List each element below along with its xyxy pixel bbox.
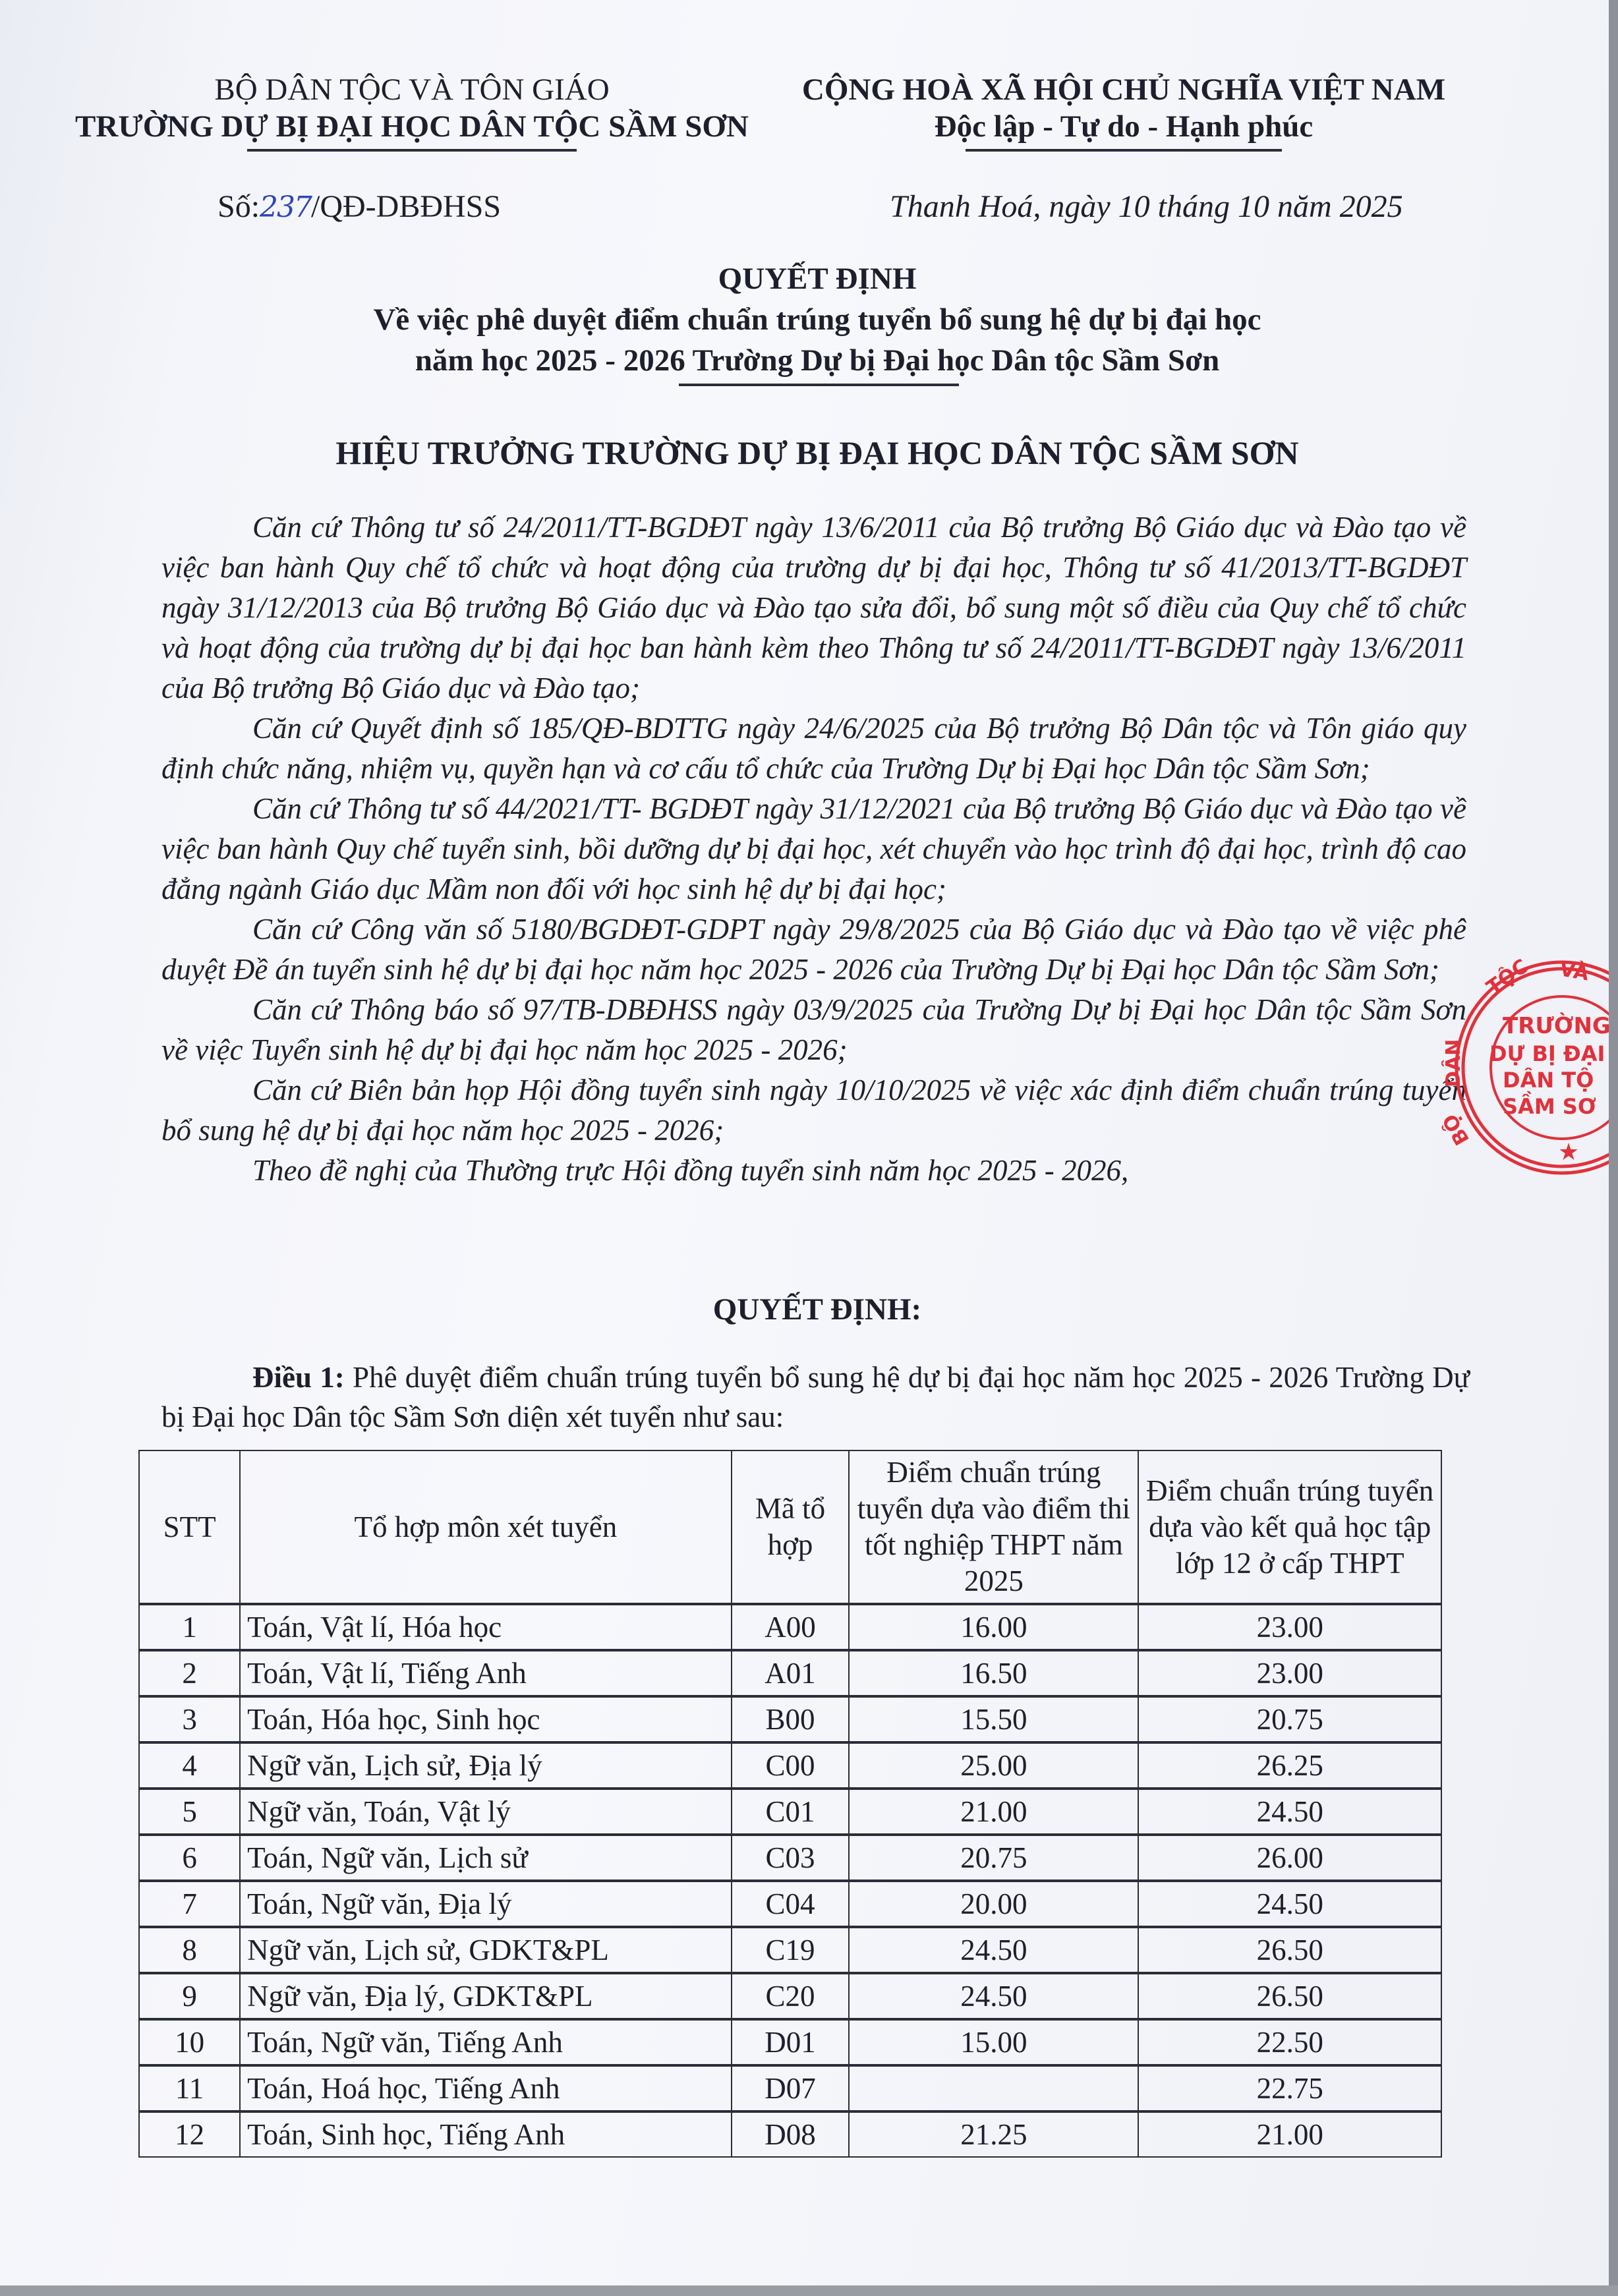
row-stt: 5 (139, 1789, 240, 1835)
row-code: C20 (732, 1973, 850, 2019)
row-subjects: Ngữ văn, Địa lý, GDKT&PL (240, 1973, 731, 2019)
row-thpt-score: 20.75 (849, 1835, 1138, 1881)
svg-text:SẦM SƠ: SẦM SƠ (1503, 1091, 1596, 1119)
table-header-row: STT Tổ hợp môn xét tuyển Mã tổ hợp Điểm … (139, 1450, 1441, 1604)
row-transcript-score: 23.00 (1138, 1604, 1441, 1650)
document-page: BỘ DÂN TỘC VÀ TÔN GIÁO TRƯỜNG DỰ BỊ ĐẠI … (0, 0, 1618, 2296)
subject-underline (679, 384, 959, 386)
row-code: C04 (732, 1881, 850, 1927)
row-subjects: Toán, Vật lí, Tiếng Anh (240, 1650, 731, 1696)
row-stt: 3 (139, 1696, 240, 1742)
svg-text:VÀ: VÀ (1558, 957, 1592, 985)
row-code: D01 (732, 2019, 850, 2065)
star-icon: ★ (1558, 1139, 1579, 1166)
row-subjects: Ngữ văn, Lịch sử, GDKT&PL (240, 1927, 731, 1973)
row-subjects: Toán, Ngữ văn, Địa lý (240, 1881, 731, 1927)
legal-basis: Theo đề nghị của Thường trực Hội đồng tu… (161, 1151, 1466, 1191)
row-stt: 10 (139, 2019, 240, 2065)
legal-basis: Căn cứ Quyết định số 185/QĐ-BDTTG ngày 2… (161, 708, 1466, 789)
legal-basis: Căn cứ Công văn số 5180/BGDĐT-GDPT ngày … (161, 909, 1466, 990)
table-row: 12Toán, Sinh học, Tiếng AnhD0821.2521.00 (139, 2111, 1441, 2157)
table-row: 9Ngữ văn, Địa lý, GDKT&PLC2024.5026.50 (139, 1973, 1441, 2019)
row-code: A01 (732, 1650, 850, 1696)
row-thpt-score: 24.50 (849, 1927, 1138, 1973)
admission-scores-table: STT Tổ hợp môn xét tuyển Mã tổ hợp Điểm … (138, 1450, 1442, 2158)
national-motto: Độc lập - Tự do - Hạnh phúc (768, 108, 1480, 145)
row-stt: 12 (139, 2111, 240, 2157)
row-thpt-score: 21.00 (849, 1789, 1138, 1835)
row-subjects: Toán, Sinh học, Tiếng Anh (240, 2111, 731, 2157)
decision-heading: QUYẾT ĐỊNH: (165, 1292, 1470, 1327)
place-date: Thanh Hoá, ngày 10 tháng 10 năm 2025 (890, 188, 1403, 225)
legal-basis: Căn cứ Biên bản họp Hội đồng tuyển sinh … (161, 1070, 1466, 1151)
issuer-block: BỘ DÂN TỘC VÀ TÔN GIÁO TRƯỜNG DỰ BỊ ĐẠI … (72, 71, 751, 152)
handwritten-number: 237 (260, 190, 311, 224)
row-subjects: Ngữ văn, Toán, Vật lý (240, 1789, 731, 1835)
row-stt: 9 (139, 1973, 240, 2019)
row-subjects: Toán, Ngữ văn, Lịch sử (240, 1835, 731, 1881)
row-thpt-score: 16.00 (849, 1604, 1138, 1650)
table-row: 11Toán, Hoá học, Tiếng AnhD0722.75 (139, 2065, 1441, 2111)
row-thpt-score: 15.00 (849, 2019, 1138, 2065)
motto-underline (966, 149, 1282, 152)
row-thpt-score: 21.25 (849, 2111, 1138, 2157)
row-code: D07 (732, 2065, 850, 2111)
issuer-underline (247, 149, 577, 152)
row-subjects: Toán, Vật lí, Hóa học (240, 1604, 731, 1650)
row-thpt-score: 15.50 (849, 1696, 1138, 1742)
table-row: 7Toán, Ngữ văn, Địa lýC0420.0024.50 (139, 1881, 1441, 1927)
svg-text:DÂN TỘ: DÂN TỘ (1503, 1068, 1594, 1093)
row-stt: 4 (139, 1742, 240, 1789)
row-subjects: Toán, Ngữ văn, Tiếng Anh (240, 2019, 731, 2065)
national-header: CỘNG HOÀ XÃ HỘI CHỦ NGHĨA VIỆT NAM Độc l… (768, 71, 1480, 152)
row-transcript-score: 22.50 (1138, 2019, 1441, 2065)
row-transcript-score: 26.50 (1138, 1927, 1441, 1973)
official-seal-stamp: TỘC VÀ DÂN BỘ TRƯỜNG DỰ BỊ ĐẠI H DÂN TỘ … (1437, 956, 1618, 1180)
header-stt: STT (139, 1450, 240, 1604)
legal-bases: Căn cứ Thông tư số 24/2011/TT-BGDĐT ngày… (161, 507, 1466, 1191)
article-1-label: Điều 1: (252, 1361, 345, 1394)
scan-edge-right (1609, 0, 1618, 2296)
row-subjects: Toán, Hóa học, Sinh học (240, 1696, 731, 1742)
row-transcript-score: 26.00 (1138, 1835, 1441, 1881)
row-transcript-score: 24.50 (1138, 1881, 1441, 1927)
row-stt: 2 (139, 1650, 240, 1696)
row-thpt-score: 24.50 (849, 1973, 1138, 2019)
table-row: 5Ngữ văn, Toán, Vật lýC0121.0024.50 (139, 1789, 1441, 1835)
row-code: C00 (732, 1742, 850, 1789)
school-name: TRƯỜNG DỰ BỊ ĐẠI HỌC DÂN TỘC SẦM SƠN (72, 108, 751, 145)
row-stt: 1 (139, 1604, 240, 1650)
article-1: Điều 1: Phê duyệt điểm chuẩn trúng tuyển… (161, 1358, 1470, 1437)
document-subject: Về việc phê duyệt điểm chuẩn trúng tuyển… (165, 299, 1470, 381)
row-transcript-score: 22.75 (1138, 2065, 1441, 2111)
row-transcript-score: 24.50 (1138, 1789, 1441, 1835)
row-thpt-score (849, 2065, 1138, 2111)
svg-text:DÂN: DÂN (1441, 1039, 1465, 1087)
country-name: CỘNG HOÀ XÃ HỘI CHỦ NGHĨA VIỆT NAM (768, 71, 1480, 108)
row-code: C19 (732, 1927, 850, 1973)
header-thpt-score: Điểm chuẩn trúng tuyển dựa vào điểm thi … (849, 1450, 1138, 1604)
row-code: C01 (732, 1789, 850, 1835)
row-subjects: Toán, Hoá học, Tiếng Anh (240, 2065, 731, 2111)
row-code: C03 (732, 1835, 850, 1881)
svg-text:TRƯỜNG: TRƯỜNG (1503, 1012, 1611, 1039)
row-stt: 6 (139, 1835, 240, 1881)
scan-edge-bottom (0, 2285, 1618, 2296)
document-title: QUYẾT ĐỊNH (165, 258, 1470, 299)
header-subjects: Tổ hợp môn xét tuyển (240, 1450, 731, 1604)
row-stt: 11 (139, 2065, 240, 2111)
header-code: Mã tổ hợp (732, 1450, 850, 1604)
table-row: 8Ngữ văn, Lịch sử, GDKT&PLC1924.5026.50 (139, 1927, 1441, 1973)
row-stt: 7 (139, 1881, 240, 1927)
row-code: D08 (732, 2111, 850, 2157)
table-row: 6Toán, Ngữ văn, Lịch sửC0320.7526.00 (139, 1835, 1441, 1881)
row-transcript-score: 26.25 (1138, 1742, 1441, 1789)
legal-basis: Căn cứ Thông báo số 97/TB-DBĐHSS ngày 03… (161, 990, 1466, 1070)
issuing-authority: HIỆU TRƯỞNG TRƯỜNG DỰ BỊ ĐẠI HỌC DÂN TỘC… (165, 434, 1470, 472)
svg-text:DỰ BỊ ĐẠI H: DỰ BỊ ĐẠI H (1489, 1041, 1618, 1066)
ministry-name: BỘ DÂN TỘC VÀ TÔN GIÁO (72, 71, 751, 108)
row-code: A00 (732, 1604, 850, 1650)
row-thpt-score: 25.00 (849, 1742, 1138, 1789)
row-transcript-score: 23.00 (1138, 1650, 1441, 1696)
row-transcript-score: 20.75 (1138, 1696, 1441, 1742)
row-thpt-score: 20.00 (849, 1881, 1138, 1927)
row-stt: 8 (139, 1927, 240, 1973)
row-thpt-score: 16.50 (849, 1650, 1138, 1696)
table-row: 3Toán, Hóa học, Sinh họcB0015.5020.75 (139, 1696, 1441, 1742)
header-transcript-score: Điểm chuẩn trúng tuyển dựa vào kết quả h… (1138, 1450, 1441, 1604)
row-subjects: Ngữ văn, Lịch sử, Địa lý (240, 1742, 731, 1789)
row-transcript-score: 21.00 (1138, 2111, 1441, 2157)
article-1-text: Phê duyệt điểm chuẩn trúng tuyển bổ sung… (161, 1361, 1470, 1433)
legal-basis: Căn cứ Thông tư số 24/2011/TT-BGDĐT ngày… (161, 507, 1466, 708)
table-row: 2Toán, Vật lí, Tiếng AnhA0116.5023.00 (139, 1650, 1441, 1696)
legal-basis: Căn cứ Thông tư số 44/2021/TT- BGDĐT ngà… (161, 789, 1466, 909)
table-row: 1Toán, Vật lí, Hóa họcA0016.0023.00 (139, 1604, 1441, 1650)
row-transcript-score: 26.50 (1138, 1973, 1441, 2019)
document-number: Số:237/QĐ-DBĐHSS (217, 188, 501, 225)
table-row: 10Toán, Ngữ văn, Tiếng AnhD0115.0022.50 (139, 2019, 1441, 2065)
row-code: B00 (732, 1696, 850, 1742)
table-row: 4Ngữ văn, Lịch sử, Địa lýC0025.0026.25 (139, 1742, 1441, 1789)
